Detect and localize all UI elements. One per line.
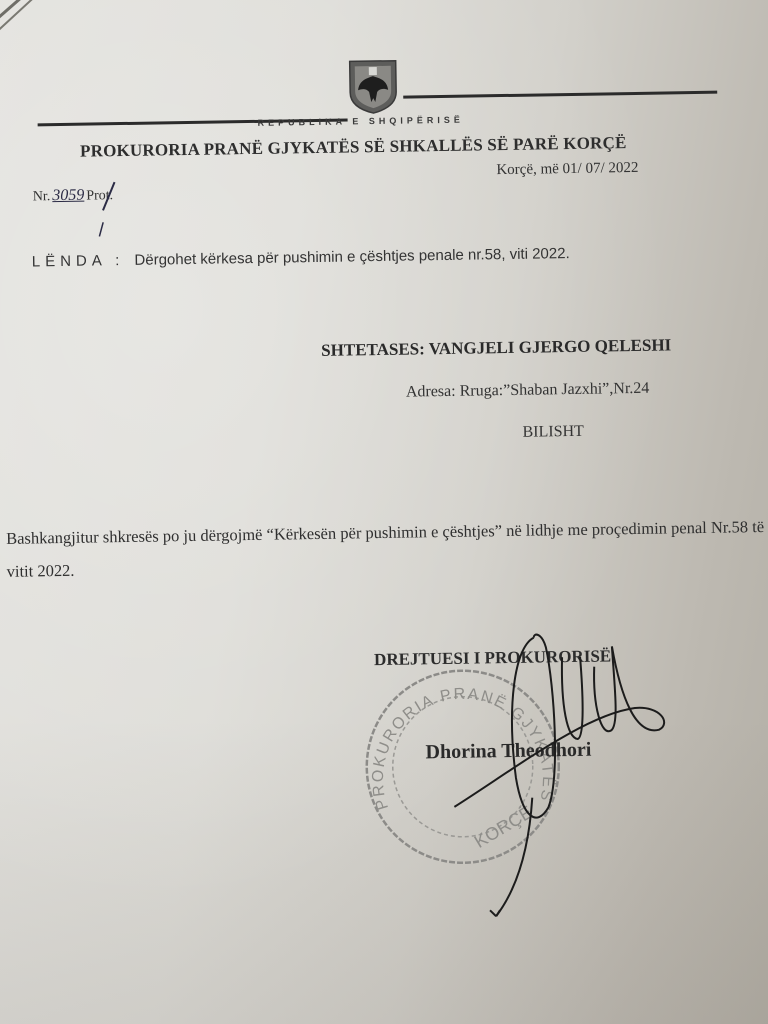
recipient-name: SHTETASES: VANGJELI GJERGO QELESHI (321, 335, 671, 360)
coat-of-arms-icon (347, 58, 400, 115)
header-rule-right (403, 91, 717, 99)
protocol-prefix: Nr. (33, 189, 51, 204)
subject-label: LËNDA : (32, 252, 125, 270)
recipient-city: BILISHT (522, 423, 584, 442)
letter-page: REPUBLIKA E SHQIPËRISË PROKURORIA PRANË … (0, 0, 768, 1024)
republic-label: REPUBLIKA E SHQIPËRISË (258, 115, 464, 128)
protocol-handwritten-number: 3059 (50, 187, 86, 205)
subject-text: Dërgohet kërkesa për pushimin e çështjes… (134, 245, 569, 269)
recipient-address: Adresa: Rruga:”Shaban Jazxhi”,Nr.24 (406, 380, 650, 402)
place-date: Korçë, më 01/ 07/ 2022 (496, 160, 638, 179)
institution-title: PROKURORIA PRANË GJYKATËS SË SHKALLËS SË… (80, 133, 627, 162)
body-paragraph: Bashkangjitur shkresës po ju dërgojmë “K… (6, 510, 768, 588)
subject-line: LËNDA : Dërgohet kërkesa për pushimin e … (32, 245, 570, 270)
handwritten-signature-icon (434, 625, 679, 929)
handwritten-slash-icon (93, 180, 124, 240)
